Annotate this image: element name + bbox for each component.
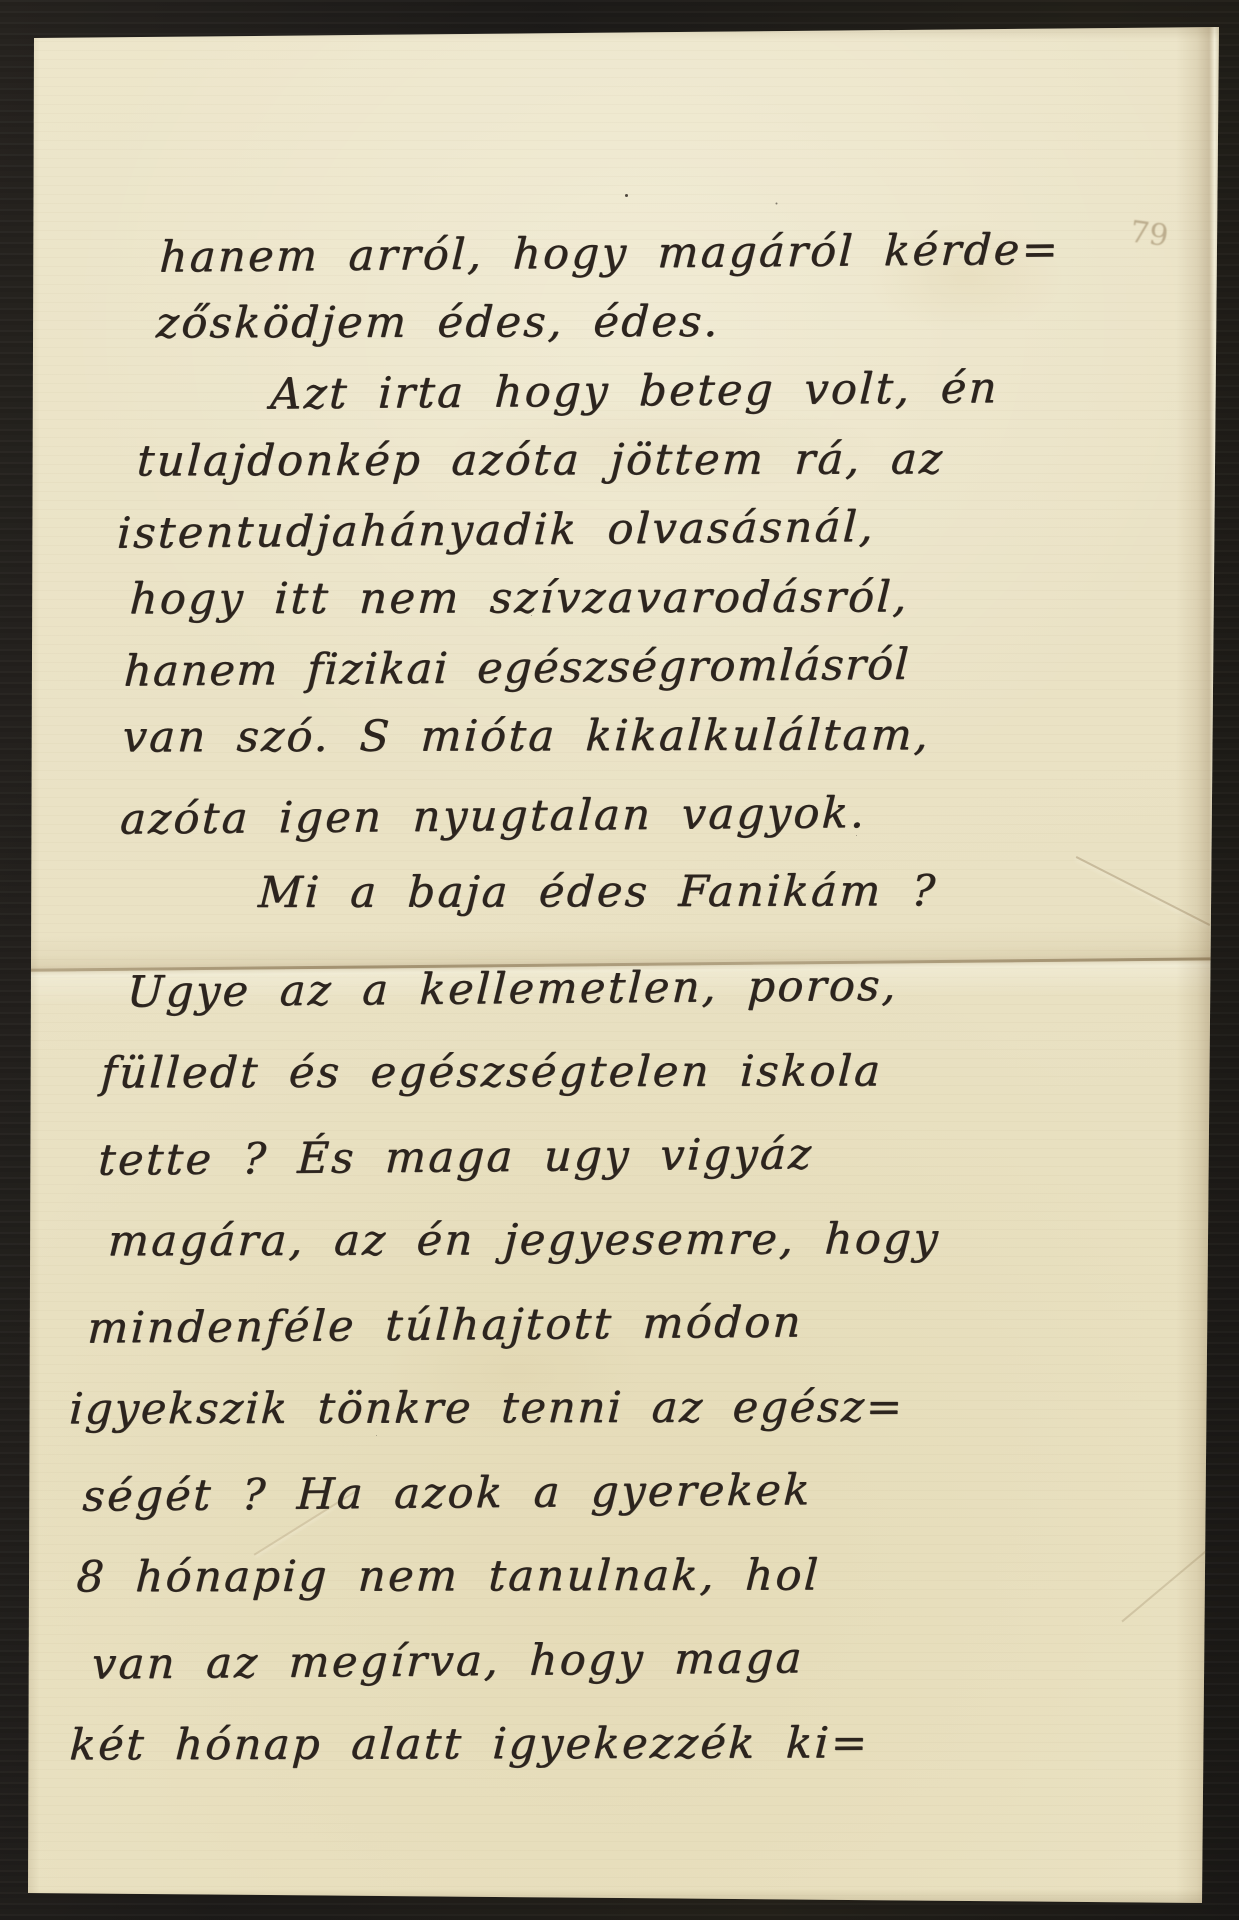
letter-line: van szó. S mióta kikalkuláltam, bbox=[120, 710, 1186, 782]
letter-line: van az megírva, hogy maga bbox=[89, 1630, 1137, 1723]
ink-specks bbox=[625, 194, 628, 197]
letter-line: azóta igen nyugtalan vagyok. bbox=[118, 785, 1181, 863]
letter-page: 79 hanem arról, hogy magáról kérde=zőskö… bbox=[25, 22, 1222, 1905]
letter-line: mindenféle túlhajtott módon bbox=[85, 1294, 1155, 1387]
letter-line: ségét ? Ha azok a gyerekek bbox=[80, 1462, 1146, 1555]
letter-line: magára, az én jegyesemre, hogy bbox=[105, 1214, 1159, 1301]
letter-line: Ugye az a kellemetlen, poros, bbox=[124, 958, 1172, 1051]
letter-line: hanem fizikai egészségromlásról bbox=[122, 637, 1189, 715]
letter-lines: hanem arról, hogy magáról kérde=zősködje… bbox=[79, 228, 1212, 1803]
letter-line: tulajdonkép azóta jöttem rá, az bbox=[135, 434, 1201, 506]
letter-line: Mi a baja édes Fanikám ? bbox=[123, 866, 1177, 953]
letter-line: Azt irta hogy beteg volt, én bbox=[151, 361, 1204, 439]
letter-line: zősködjem édes, édes. bbox=[154, 296, 1208, 368]
letter-line: hanem arról, hogy magáról kérde= bbox=[158, 223, 1211, 301]
letter-line: fülledt és egészségtelen iskola bbox=[98, 1046, 1168, 1133]
letter-line: igyekszik tönkre tenni az egész= bbox=[66, 1382, 1150, 1469]
letter-line: két hónap alatt igyekezzék ki= bbox=[67, 1718, 1133, 1805]
letter-line: tette ? És maga ugy vigyáz bbox=[96, 1126, 1164, 1219]
letter-line: istentudjahányadik olvasásnál, bbox=[115, 499, 1196, 577]
letter-line: hogy itt nem szívzavarodásról, bbox=[128, 572, 1194, 644]
letter-line: 8 hónapig nem tanulnak, hol bbox=[74, 1550, 1142, 1637]
